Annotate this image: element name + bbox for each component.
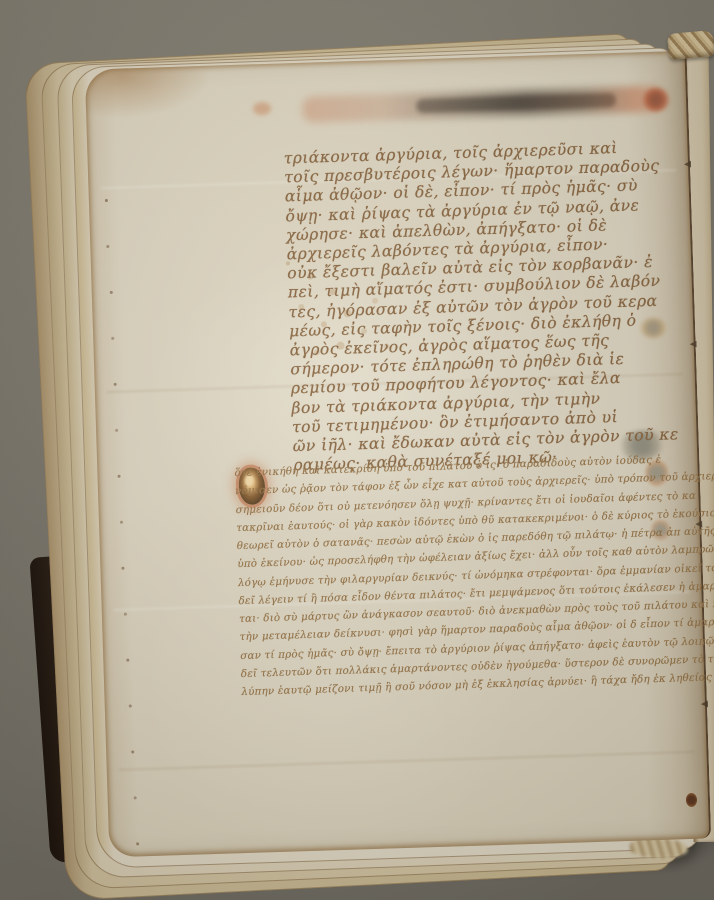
ink-droplet-stain [686,793,697,807]
manuscript-page: τριάκοντα ἀργύρια, τοῖς ἀρχιερεῦσι καὶ τ… [85,51,711,858]
photo-background: τριάκοντα ἀργύρια, τοῖς ἀρχιερεῦσι καὶ τ… [0,0,714,900]
faint-orange-stain [253,102,271,116]
gospel-text-block: τριάκοντα ἀργύρια, τοῖς ἀρχιερεῦσι καὶ τ… [283,138,671,476]
endband-tassel-top [667,30,714,60]
parchment-crease [119,751,695,771]
commentary-text-block: ὅτε ἐνικήθη καὶ κατεκρίθη ὑπὸ τοῦ πιλάτο… [234,450,707,702]
pricking-holes [105,199,108,202]
red-ink-blot [642,87,671,112]
